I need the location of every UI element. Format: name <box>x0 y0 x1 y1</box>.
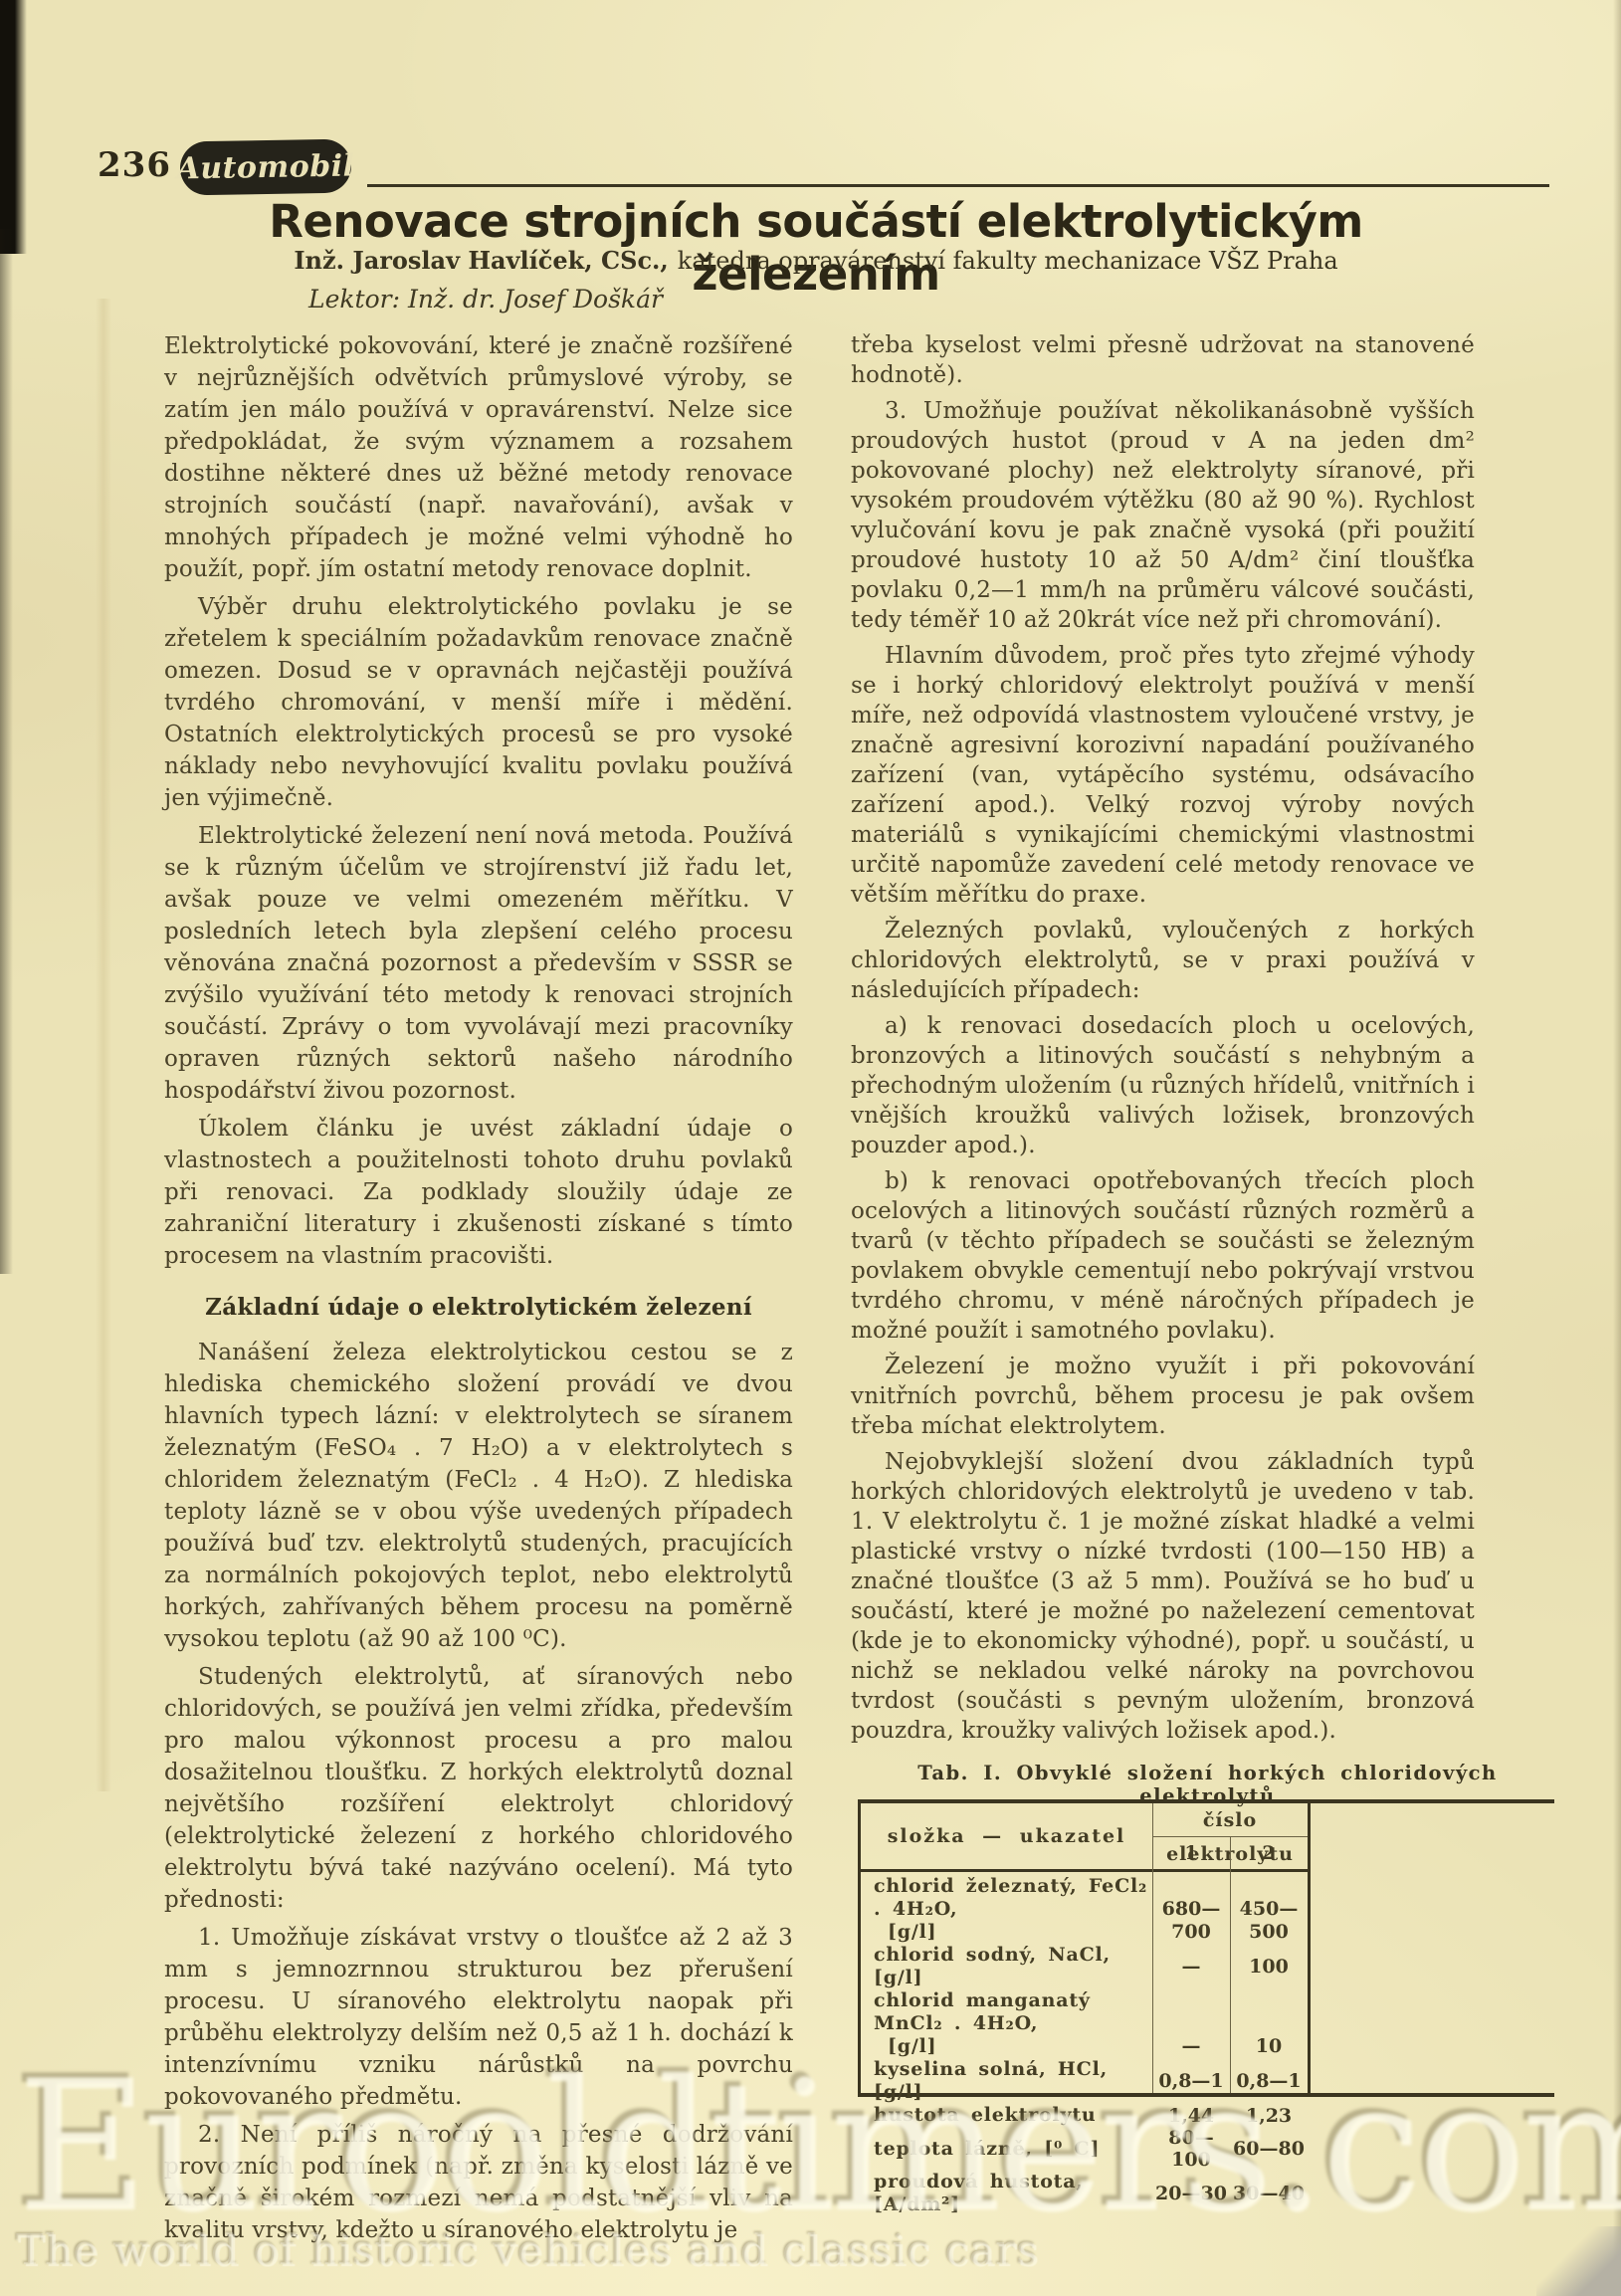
table-header-col-1: 1 <box>1152 1837 1230 1869</box>
left-paragraph-1: Elektrolytické pokovování, které je znač… <box>164 330 793 585</box>
row-value-1: — <box>1152 2035 1230 2058</box>
row-value-1: 680—700 <box>1152 1898 1230 1944</box>
row-label: chlorid manganatý MnCl₂ . 4H₂O, <box>874 1989 1091 2034</box>
left-paragraph-8: 2. Není příliš náročný na přesné dodržov… <box>164 2119 793 2246</box>
section-heading: Základní údaje o elektrolytickém železen… <box>164 1294 793 1321</box>
scan-corner-bottom-right <box>1536 2226 1621 2296</box>
row-label: chlorid sodný, NaCl, [g/l] <box>861 1944 1152 1989</box>
left-column: Elektrolytické pokovování, které je znač… <box>164 330 793 2252</box>
right-paragraph-7: Železení je možno využít i při pokovován… <box>851 1352 1475 1441</box>
row-value-1: 0,8—1 <box>1152 2070 1230 2092</box>
left-paragraph-2: Výběr druhu elektrolytického povlaku je … <box>164 591 793 814</box>
magazine-logo: Automobil <box>180 139 352 196</box>
table-row: teplota lázně, [⁰ C] 80—100 60—80 <box>861 2127 1308 2171</box>
row-value-1: — <box>1152 1956 1230 1978</box>
row-value-2: 0,8—1 <box>1230 2070 1308 2092</box>
row-label: teplota lázně, [⁰ C] <box>861 2138 1152 2161</box>
right-paragraph-2: 3. Umožňuje používat několikanásobně vyš… <box>851 396 1475 635</box>
scan-edge-right <box>1613 0 1621 2296</box>
row-value-2: 10 <box>1230 2035 1308 2058</box>
left-paragraph-5: Nanášení železa elektrolytickou cestou s… <box>164 1337 793 1655</box>
header-rule <box>367 184 1549 187</box>
row-value-2: 100 <box>1230 1956 1308 1978</box>
row-label: chlorid železnatý, FeCl₂ . 4H₂O, <box>874 1875 1147 1920</box>
page-number: 236 <box>98 145 171 185</box>
scan-edge-left <box>0 0 27 254</box>
table-row: chlorid manganatý MnCl₂ . 4H₂O,[g/l] — 1… <box>861 1989 1308 2058</box>
left-paragraph-4: Úkolem článku je uvést základní údaje o … <box>164 1113 793 1272</box>
row-label-unit: [g/l] <box>874 2035 1152 2058</box>
electrolyte-table: složka — ukazatel číslo elektrolytu 1 2 … <box>858 1799 1554 2097</box>
table-header-group: číslo elektrolytu <box>1152 1803 1308 1837</box>
table-header-col-2: 2 <box>1230 1837 1308 1869</box>
table-row: chlorid sodný, NaCl, [g/l] — 100 <box>861 1944 1308 1989</box>
author-affiliation: katedra opravárenství fakulty mechanizac… <box>678 247 1338 275</box>
right-paragraph-6: b) k renovaci opotřebovaných třecích plo… <box>851 1166 1475 1346</box>
row-label: proudová hustota, [A/dm²] <box>861 2171 1152 2216</box>
right-paragraph-3: Hlavním důvodem, proč přes tyto zřejmé v… <box>851 641 1475 910</box>
author-line: Inž. Jaroslav Havlíček, CSc.,katedra opr… <box>159 246 1473 275</box>
row-value-2: 60—80 <box>1230 2138 1308 2160</box>
right-paragraph-1: třeba kyselost velmi přesně udržovat na … <box>851 330 1475 390</box>
row-label: hustota elektrolytu <box>861 2104 1152 2127</box>
paper-crease <box>96 299 111 1791</box>
scanned-magazine-page: 236 Automobil Renovace strojních součást… <box>0 0 1621 2296</box>
lektor-line: Lektor: Inž. dr. Josef Doškář <box>308 285 663 313</box>
row-value-1: 20—30 <box>1152 2183 1230 2204</box>
table-header-component: složka — ukazatel <box>861 1803 1152 1869</box>
table-body: chlorid železnatý, FeCl₂ . 4H₂O,[g/l] 68… <box>861 1872 1308 2093</box>
row-value-1: 1,44 <box>1152 2105 1230 2127</box>
row-value-2: 1,23 <box>1230 2105 1308 2127</box>
row-value-2: 450—500 <box>1230 1898 1308 1944</box>
table-header: složka — ukazatel číslo elektrolytu 1 2 <box>861 1803 1308 1872</box>
left-paragraph-3: Elektrolytické železení není nová metoda… <box>164 820 793 1107</box>
electrolyte-table-grid: složka — ukazatel číslo elektrolytu 1 2 … <box>858 1803 1311 2093</box>
row-label: kyselina solná, HCl, [g/l] <box>861 2058 1152 2104</box>
table-row: hustota elektrolytu 1,44 1,23 <box>861 2104 1308 2127</box>
table-row: chlorid železnatý, FeCl₂ . 4H₂O,[g/l] 68… <box>861 1875 1308 1944</box>
row-value-1: 80—100 <box>1152 2127 1230 2171</box>
right-paragraph-4: Železných povlaků, vyloučených z horkých… <box>851 916 1475 1005</box>
author-name: Inž. Jaroslav Havlíček, CSc., <box>294 246 668 275</box>
right-paragraph-8: Nejobvyklejší složení dvou základních ty… <box>851 1447 1475 1746</box>
left-paragraph-6: Studených elektrolytů, ať síranových neb… <box>164 1661 793 1916</box>
left-paragraph-7: 1. Umožňuje získávat vrstvy o tloušťce a… <box>164 1922 793 2113</box>
row-label-unit: [g/l] <box>874 1921 1152 1944</box>
row-value-2: 30—40 <box>1230 2183 1308 2204</box>
right-column: třeba kyselost velmi přesně udržovat na … <box>851 330 1475 1752</box>
table-row: kyselina solná, HCl, [g/l] 0,8—1 0,8—1 <box>861 2058 1308 2104</box>
scan-edge-left-shadow <box>0 229 13 1274</box>
table-row: proudová hustota, [A/dm²] 20—30 30—40 <box>861 2171 1308 2216</box>
right-paragraph-5: a) k renovaci dosedacích ploch u ocelový… <box>851 1011 1475 1160</box>
